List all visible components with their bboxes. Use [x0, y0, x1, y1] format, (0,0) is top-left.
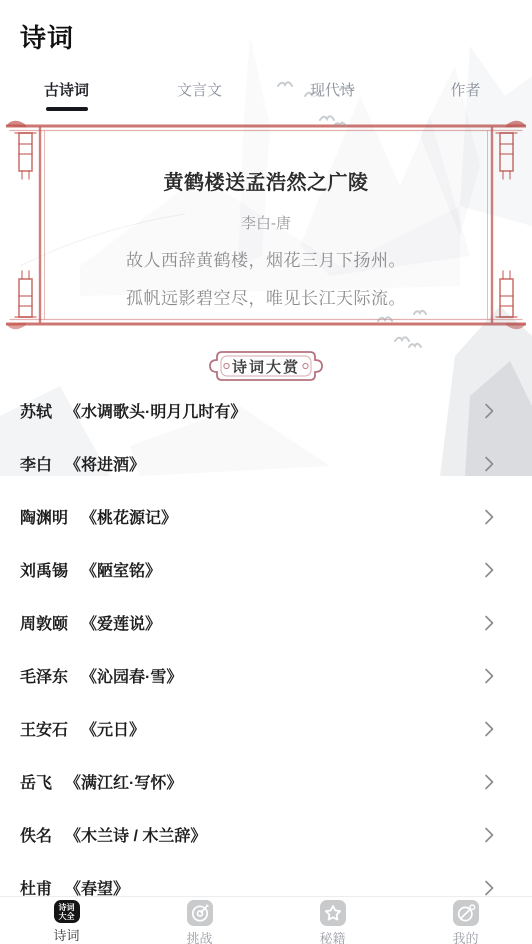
poem-title: 《沁园春·雪》 — [81, 669, 182, 686]
section-badge-label: 诗词大赏 — [205, 348, 327, 384]
poem-author: 陶渊明 — [20, 510, 68, 527]
poem-list-item-text: 李白《将进酒》 — [20, 452, 145, 475]
poem-list-item[interactable]: 佚名《木兰诗 / 木兰辞》 — [0, 808, 532, 861]
tab-label: 古诗词 — [44, 79, 89, 107]
chevron-right-icon — [483, 879, 495, 897]
poem-list-item-text: 王安石《元日》 — [20, 717, 145, 740]
chevron-right-icon — [483, 720, 495, 738]
poem-author: 王安石 — [20, 722, 68, 739]
tabbar-item-poems[interactable]: 诗词 大全 诗词 — [0, 897, 133, 944]
tab-label: 现代诗 — [310, 79, 355, 107]
poem-title: 《陋室铭》 — [81, 563, 161, 580]
poem-title: 《水调歌头·明月几时有》 — [65, 404, 246, 421]
tab-modern-poetry[interactable]: 现代诗 — [266, 79, 399, 111]
featured-poem-line: 孤帆远影碧空尽，唯见长江天际流。 — [126, 284, 406, 309]
featured-poem-author: 李白-唐 — [241, 212, 291, 233]
featured-poem-content: 黄鹤楼送孟浩然之广陵 李白-唐 故人西辞黄鹤楼，烟花三月下扬州。 孤帆远影碧空尽… — [6, 119, 526, 331]
tabbar-label: 诗词 — [53, 925, 79, 944]
chevron-right-icon — [483, 455, 495, 473]
poem-list-item-text: 苏轼《水调歌头·明月几时有》 — [20, 399, 246, 422]
planet-icon — [453, 900, 479, 926]
star-icon — [320, 900, 346, 926]
section-badge: 诗词大赏 — [205, 348, 327, 384]
poem-author: 毛泽东 — [20, 669, 68, 686]
app-logo-icon: 诗词 大全 — [54, 900, 80, 923]
bottom-tab-bar: 诗词 大全 诗词 挑战 秘籍 — [0, 897, 532, 944]
tab-authors[interactable]: 作者 — [399, 79, 532, 111]
poem-list-item[interactable]: 周敦颐《爱莲说》 — [0, 596, 532, 649]
chevron-right-icon — [483, 773, 495, 791]
poem-list-item[interactable]: 李白《将进酒》 — [0, 437, 532, 490]
chevron-right-icon — [483, 508, 495, 526]
poem-list-item[interactable]: 王安石《元日》 — [0, 702, 532, 755]
poem-author: 岳飞 — [20, 775, 52, 792]
poem-list-item-text: 陶渊明《桃花源记》 — [20, 505, 177, 528]
poem-title: 《爱莲说》 — [81, 616, 161, 633]
poem-list-item[interactable]: 毛泽东《沁园春·雪》 — [0, 649, 532, 702]
poem-list-section: 苏轼《水调歌头·明月几时有》 李白《将进酒》 陶渊明《桃花源记》 刘禹锡《陋室铭… — [0, 384, 532, 914]
tabbar-label: 我的 — [452, 928, 478, 944]
target-dart-icon — [187, 900, 213, 926]
poem-list-item[interactable]: 苏轼《水调歌头·明月几时有》 — [0, 384, 532, 437]
tabbar-item-mine[interactable]: 我的 — [399, 897, 532, 944]
tabbar-item-secrets[interactable]: 秘籍 — [266, 897, 399, 944]
tab-label: 文言文 — [177, 79, 222, 107]
poem-list-item-text: 刘禹锡《陋室铭》 — [20, 558, 161, 581]
app-logo-text-bottom: 大全 — [59, 912, 75, 921]
poetry-app-screen: { "header": { "title": "诗词" }, "tabs": [… — [0, 0, 532, 944]
featured-poem-line: 故人西辞黄鹤楼，烟花三月下扬州。 — [126, 246, 406, 271]
poem-title: 《元日》 — [81, 722, 145, 739]
poem-list-item-text: 毛泽东《沁园春·雪》 — [20, 664, 182, 687]
chevron-right-icon — [483, 614, 495, 632]
poem-list-item-text: 佚名《木兰诗 / 木兰辞》 — [20, 823, 206, 846]
poem-author: 刘禹锡 — [20, 563, 68, 580]
poem-list-item[interactable]: 陶渊明《桃花源记》 — [0, 490, 532, 543]
chevron-right-icon — [483, 561, 495, 579]
poem-title: 《桃花源记》 — [81, 510, 177, 527]
page-title: 诗词 — [20, 18, 532, 55]
poem-list-item-text: 周敦颐《爱莲说》 — [20, 611, 161, 634]
poem-list-item-text: 岳飞《满江红·写怀》 — [20, 770, 182, 793]
poem-title: 《春望》 — [65, 881, 129, 898]
tabbar-label: 秘籍 — [319, 928, 345, 944]
poem-list-item[interactable]: 刘禹锡《陋室铭》 — [0, 543, 532, 596]
active-tab-underline — [46, 107, 88, 111]
featured-poem-card[interactable]: 黄鹤楼送孟浩然之广陵 李白-唐 故人西辞黄鹤楼，烟花三月下扬州。 孤帆远影碧空尽… — [6, 119, 526, 331]
tabbar-label: 挑战 — [186, 928, 212, 944]
tab-label: 作者 — [450, 79, 480, 107]
top-tab-strip: 古诗词 文言文 现代诗 作者 — [0, 79, 532, 111]
poem-author: 苏轼 — [20, 404, 52, 421]
poem-author: 杜甫 — [20, 881, 52, 898]
tab-classical-prose[interactable]: 文言文 — [133, 79, 266, 111]
chevron-right-icon — [483, 667, 495, 685]
poem-list-item-text: 杜甫《春望》 — [20, 876, 129, 899]
poem-author: 李白 — [20, 457, 52, 474]
poem-author: 佚名 — [20, 828, 52, 845]
tabbar-item-challenge[interactable]: 挑战 — [133, 897, 266, 944]
poem-author: 周敦颐 — [20, 616, 68, 633]
chevron-right-icon — [483, 826, 495, 844]
poem-title: 《木兰诗 / 木兰辞》 — [65, 828, 206, 845]
app-logo-text-top: 诗词 — [59, 903, 75, 912]
poem-list-item[interactable]: 岳飞《满江红·写怀》 — [0, 755, 532, 808]
featured-poem-title: 黄鹤楼送孟浩然之广陵 — [164, 166, 369, 195]
tab-ancient-poetry[interactable]: 古诗词 — [0, 79, 133, 111]
chevron-right-icon — [483, 402, 495, 420]
poem-list: 苏轼《水调歌头·明月几时有》 李白《将进酒》 陶渊明《桃花源记》 刘禹锡《陋室铭… — [0, 384, 532, 914]
poem-title: 《满江红·写怀》 — [65, 775, 182, 792]
poem-title: 《将进酒》 — [65, 457, 145, 474]
